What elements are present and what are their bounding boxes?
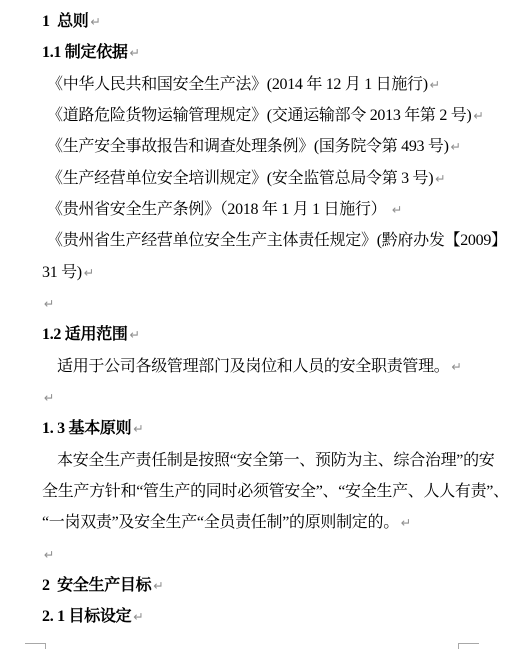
body-line: 《中华人民共和国安全生产法》(2014 年 12 月 1 日施行)↵ xyxy=(42,69,464,100)
body-line: 31 号)↵ xyxy=(42,257,464,288)
paragraph-return-mark-icon: ↵ xyxy=(401,515,411,530)
line-text: 《贵州省生产经营单位安全生产主体责任规定》(黔府办发【2009】 xyxy=(47,232,507,249)
heading-line: 1 总则↵ xyxy=(42,6,464,37)
empty-paragraph: ↵ xyxy=(42,539,464,570)
body-line: 全生产方针和“管生产的同时必须管安全”、“安全生产、人人有责”、 xyxy=(42,476,464,507)
line-text: 《道路危险货物运输管理规定》(交通运输部令 2013 年第 2 号) xyxy=(47,107,471,124)
body-line: 《生产安全事故报告和调查处理条例》(国务院令第 493 号)↵ xyxy=(42,131,464,162)
paragraph-return-mark-icon: ↵ xyxy=(153,578,163,593)
body-line: 《贵州省安全生产条例》（2018 年 1 月 1 日施行） ↵ xyxy=(42,194,464,225)
text-boundary-corner-right-icon xyxy=(458,643,479,649)
heading-line: 1.1 制定依据↵ xyxy=(42,37,464,68)
body-line: 《贵州省生产经营单位安全生产主体责任规定》(黔府办发【2009】 xyxy=(42,225,464,256)
paragraph-return-mark-icon: ↵ xyxy=(435,171,445,186)
paragraph-return-mark-icon: ↵ xyxy=(130,327,140,342)
text-boundary-corner-left-icon xyxy=(25,643,46,649)
line-text: 1 总则 xyxy=(42,13,89,30)
paragraph-return-mark-icon: ↵ xyxy=(452,359,462,374)
line-text: 全生产方针和“管生产的同时必须管安全”、“安全生产、人人有责”、 xyxy=(42,483,509,500)
paragraph-return-mark-icon: ↵ xyxy=(91,14,101,29)
document-body: 1 总则↵1.1 制定依据↵《中华人民共和国安全生产法》(2014 年 12 月… xyxy=(42,6,464,633)
body-line: 《生产经营单位安全培训规定》(安全监管总局令第 3 号)↵ xyxy=(42,163,464,194)
paragraph-return-mark-icon: ↵ xyxy=(392,202,402,217)
line-text: 适用于公司各级管理部门及岗位和人员的安全职责管理。 xyxy=(57,358,450,375)
body-line: 适用于公司各级管理部门及岗位和人员的安全职责管理。↵ xyxy=(42,351,464,382)
paragraph-return-mark-icon: ↵ xyxy=(430,77,440,92)
line-text: 1.2 适用范围 xyxy=(42,326,128,343)
line-text: 2. 1 目标设定 xyxy=(42,608,131,625)
line-text: 31 号) xyxy=(42,264,82,281)
line-text: 《中华人民共和国安全生产法》(2014 年 12 月 1 日施行) xyxy=(47,76,428,93)
line-text: 1.1 制定依据 xyxy=(42,44,128,61)
paragraph-return-mark-icon: ↵ xyxy=(133,421,143,436)
heading-line: 1.2 适用范围↵ xyxy=(42,319,464,350)
paragraph-return-mark-icon: ↵ xyxy=(451,139,461,154)
heading-line: 2 安全生产目标↵ xyxy=(42,570,464,601)
empty-paragraph: ↵ xyxy=(42,382,464,413)
document-page: 1 总则↵1.1 制定依据↵《中华人民共和国安全生产法》(2014 年 12 月… xyxy=(0,0,511,649)
paragraph-return-mark-icon: ↵ xyxy=(44,296,54,311)
paragraph-return-mark-icon: ↵ xyxy=(473,108,483,123)
body-line: “一岗双责”及安全生产“全员责任制”的原则制定的。↵ xyxy=(42,507,464,538)
line-text: 《生产安全事故报告和调查处理条例》(国务院令第 493 号) xyxy=(47,138,449,155)
line-text: “一岗双责”及安全生产“全员责任制”的原则制定的。 xyxy=(42,514,399,531)
paragraph-return-mark-icon: ↵ xyxy=(130,45,140,60)
body-line: 本安全生产责任制是按照“安全第一、预防为主、综合治理”的安 xyxy=(42,445,464,476)
paragraph-return-mark-icon: ↵ xyxy=(84,265,94,280)
line-text: 本安全生产责任制是按照“安全第一、预防为主、综合治理”的安 xyxy=(57,452,495,469)
line-text: 1. 3 基本原则 xyxy=(42,420,131,437)
body-line: 《道路危险货物运输管理规定》(交通运输部令 2013 年第 2 号)↵ xyxy=(42,100,464,131)
heading-line: 2. 1 目标设定↵ xyxy=(42,601,464,632)
paragraph-return-mark-icon: ↵ xyxy=(44,547,54,562)
empty-paragraph: ↵ xyxy=(42,288,464,319)
line-text: 《生产经营单位安全培训规定》(安全监管总局令第 3 号) xyxy=(47,170,433,187)
line-text: 2 安全生产目标 xyxy=(42,577,151,594)
paragraph-return-mark-icon: ↵ xyxy=(133,609,143,624)
line-text: 《贵州省安全生产条例》（2018 年 1 月 1 日施行） xyxy=(47,201,390,218)
paragraph-return-mark-icon: ↵ xyxy=(44,390,54,405)
heading-line: 1. 3 基本原则↵ xyxy=(42,413,464,444)
